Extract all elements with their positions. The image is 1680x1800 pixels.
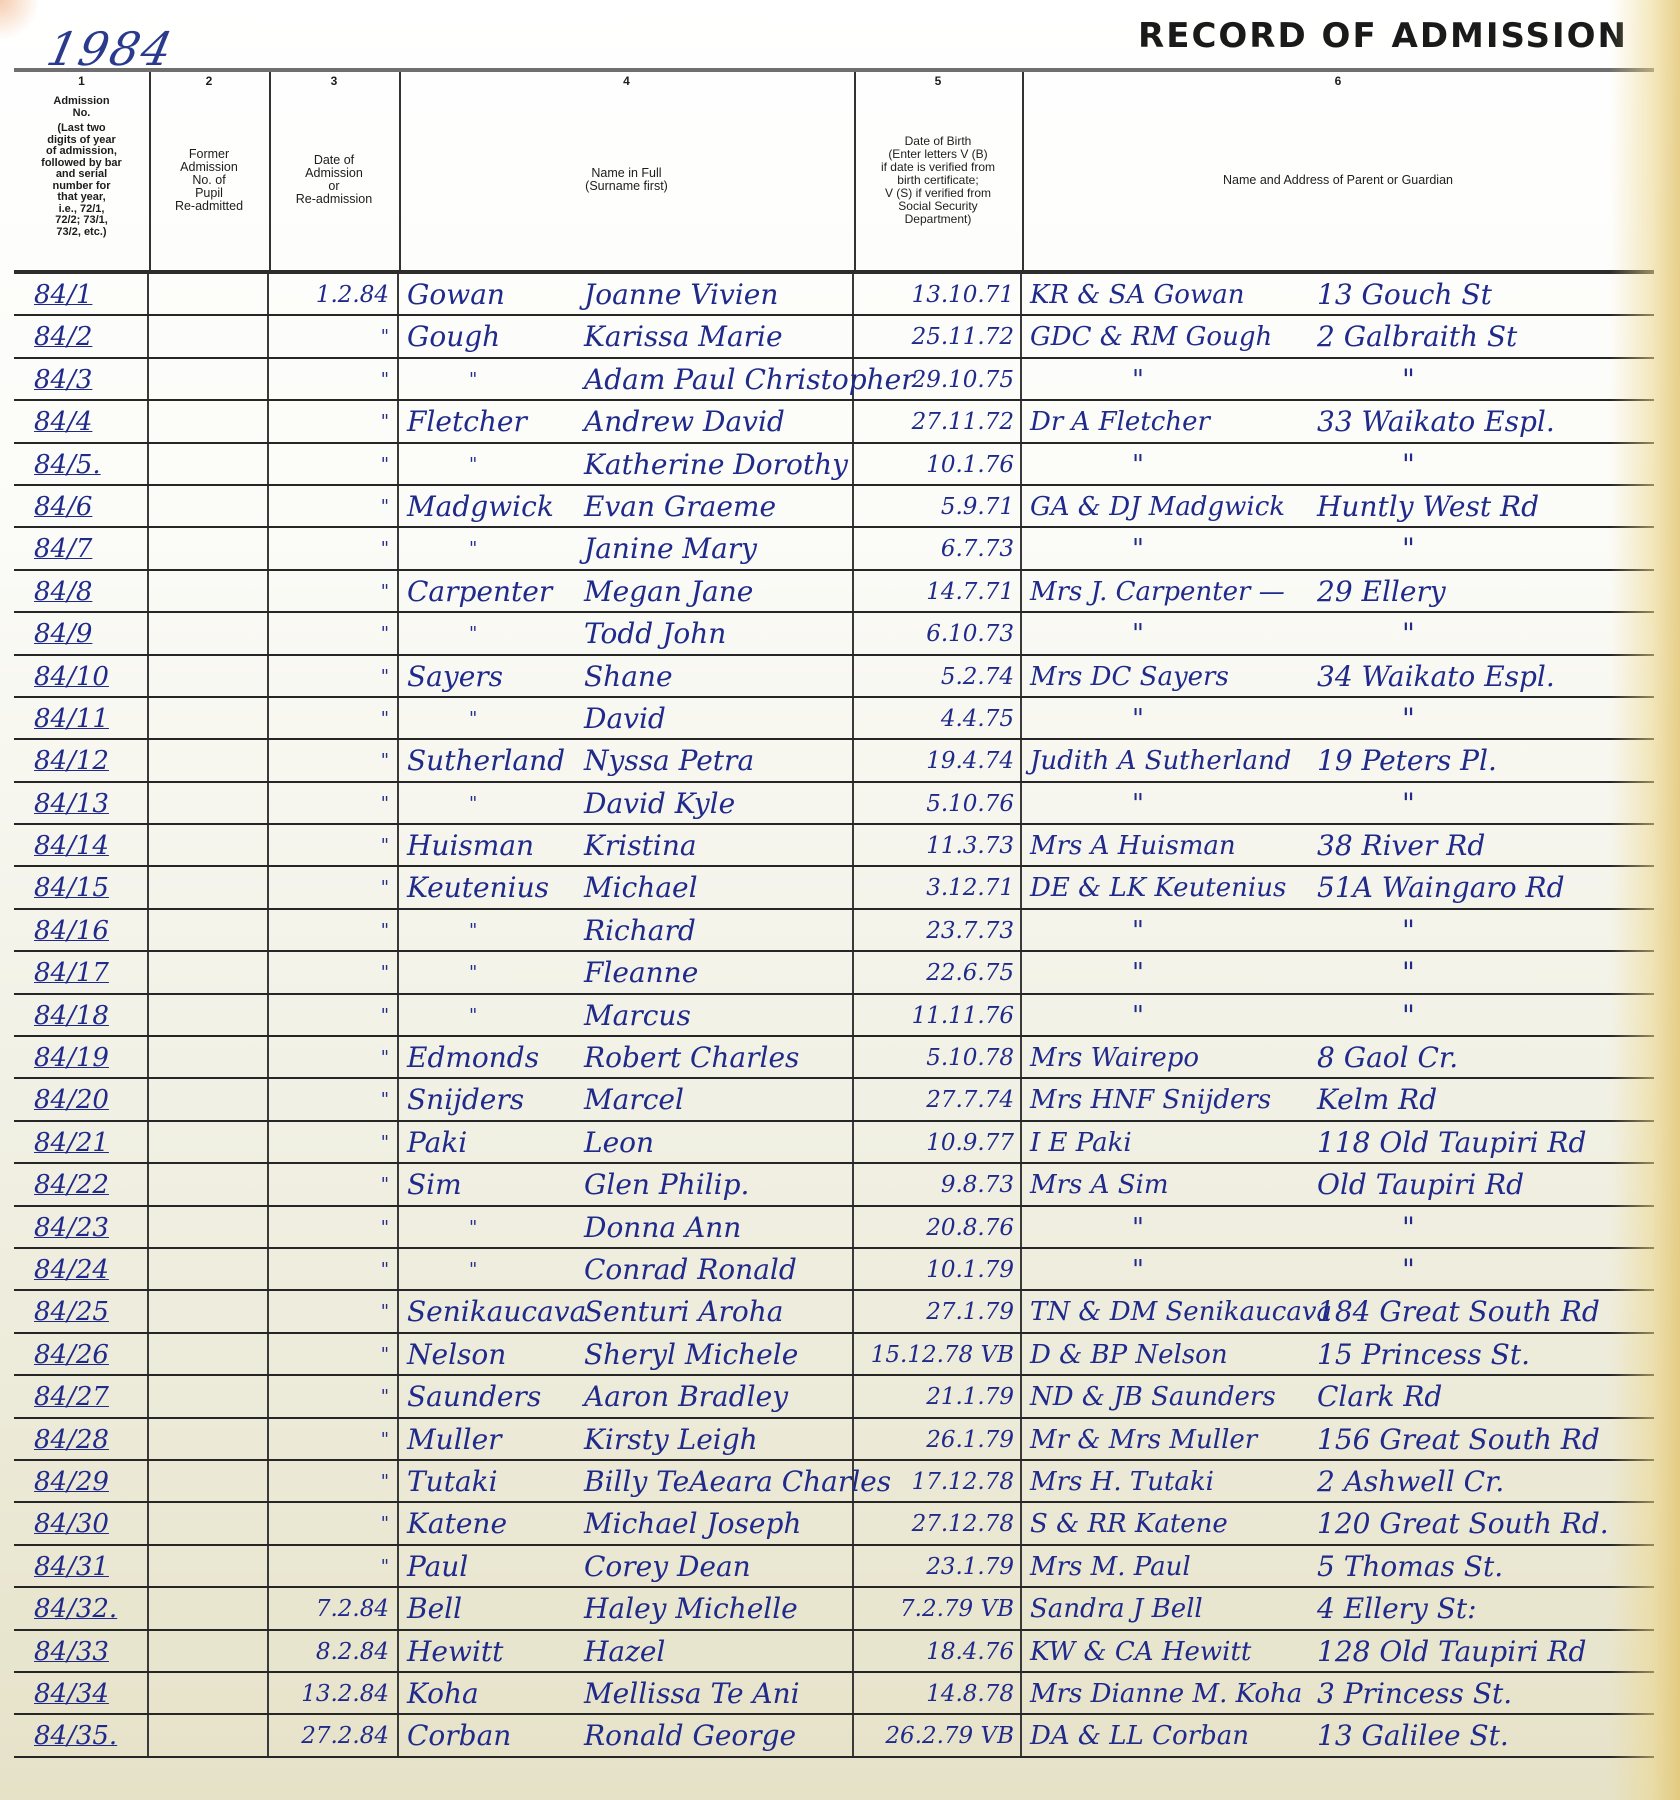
table-row: 84/7 " " Janine Mary 6.7.73 " " — [14, 528, 1654, 570]
date-of-admission: " — [269, 1291, 399, 1331]
header-date-of-admission: 3 Date of Admission or Re-admission — [269, 72, 401, 272]
admission-number: 84/1 — [14, 274, 149, 314]
parent-address: 29 Ellery — [1317, 571, 1446, 613]
surname: Paul — [407, 1546, 468, 1588]
header-date-of-birth: 5 Date of Birth (Enter letters V (B) if … — [854, 72, 1024, 272]
given-names: Fleanne — [584, 952, 698, 994]
admission-number: 84/21 — [14, 1122, 149, 1162]
parent-guardian: " " — [1022, 528, 1654, 568]
surname: Saunders — [407, 1376, 541, 1418]
surname: " — [469, 783, 477, 825]
date-of-admission: " — [269, 825, 399, 865]
parent-address: " — [1402, 1249, 1415, 1291]
admission-number: 84/7 — [14, 528, 149, 568]
given-names: Ronald George — [584, 1715, 796, 1757]
admission-number: 84/16 — [14, 910, 149, 950]
name-in-full: Tutaki Billy TeAeara Charles — [399, 1461, 854, 1501]
former-admission-number — [149, 401, 269, 441]
parent-name: TN & DM Senikaucava — [1030, 1291, 1332, 1333]
date-of-admission: " — [269, 952, 399, 992]
parent-name: " — [1132, 995, 1144, 1037]
former-admission-number — [149, 613, 269, 653]
parent-address: 34 Waikato Espl. — [1317, 656, 1555, 698]
parent-name: Sandra J Bell — [1030, 1588, 1203, 1630]
admission-number: 84/27 — [14, 1376, 149, 1416]
given-names: Michael Joseph — [584, 1503, 801, 1545]
name-in-full: Katene Michael Joseph — [399, 1503, 854, 1543]
parent-name: D & BP Nelson — [1030, 1334, 1228, 1376]
surname: " — [469, 528, 477, 570]
surname: Gough — [407, 316, 500, 358]
parent-address: " — [1402, 359, 1415, 401]
table-row: 84/19 " Edmonds Robert Charles 5.10.78 M… — [14, 1037, 1654, 1079]
parent-name: " — [1132, 952, 1144, 994]
given-names: Conrad Ronald — [584, 1249, 797, 1291]
parent-guardian: Judith A Sutherland 19 Peters Pl. — [1022, 740, 1654, 780]
date-of-admission: " — [269, 1122, 399, 1162]
parent-name: " — [1132, 359, 1144, 401]
table-row: 84/4 " Fletcher Andrew David 27.11.72 Dr… — [14, 401, 1654, 443]
date-of-birth: 22.6.75 — [854, 952, 1022, 992]
parent-guardian: " " — [1022, 1207, 1654, 1247]
former-admission-number — [149, 274, 269, 314]
column-label: Date of Admission or Re-admission — [296, 154, 372, 206]
column-number: 6 — [1335, 74, 1342, 88]
table-row: 84/28 " Muller Kirsty Leigh 26.1.79 Mr &… — [14, 1419, 1654, 1461]
name-in-full: " David Kyle — [399, 783, 854, 823]
parent-guardian: D & BP Nelson 15 Princess St. — [1022, 1334, 1654, 1374]
date-of-admission: 27.2.84 — [269, 1715, 399, 1755]
admission-number: 84/32. — [14, 1588, 149, 1628]
date-of-admission: " — [269, 740, 399, 780]
table-row: 84/23 " " Donna Ann 20.8.76 " " — [14, 1207, 1654, 1249]
date-of-admission: " — [269, 444, 399, 484]
date-of-admission: " — [269, 1376, 399, 1416]
table-row: 84/27 " Saunders Aaron Bradley 21.1.79 N… — [14, 1376, 1654, 1418]
date-of-admission: " — [269, 1419, 399, 1459]
date-of-birth: 7.2.79 VB — [854, 1588, 1022, 1628]
date-of-admission: " — [269, 401, 399, 441]
table-row: 84/35. 27.2.84 Corban Ronald George 26.2… — [14, 1715, 1654, 1757]
parent-address: 51A Waingaro Rd — [1317, 867, 1565, 909]
date-of-birth: 10.9.77 — [854, 1122, 1022, 1162]
column-number: 5 — [935, 74, 942, 88]
given-names: Corey Dean — [584, 1546, 751, 1588]
surname: Edmonds — [407, 1037, 539, 1079]
given-names: Sheryl Michele — [584, 1334, 798, 1376]
parent-name: GDC & RM Gough — [1030, 316, 1272, 358]
former-admission-number — [149, 359, 269, 399]
table-row: 84/3 " " Adam Paul Christopher 29.10.75 … — [14, 359, 1654, 401]
column-label: Name and Address of Parent or Guardian — [1223, 174, 1453, 187]
date-of-birth: 14.8.78 — [854, 1673, 1022, 1713]
admission-number: 84/9 — [14, 613, 149, 653]
surname: " — [469, 910, 477, 952]
name-in-full: Sutherland Nyssa Petra — [399, 740, 854, 780]
date-of-birth: 4.4.75 — [854, 698, 1022, 738]
given-names: Richard — [584, 910, 696, 952]
parent-name: Mrs A Huisman — [1030, 825, 1236, 867]
parent-guardian: I E Paki 118 Old Taupiri Rd — [1022, 1122, 1654, 1162]
name-in-full: " Richard — [399, 910, 854, 950]
given-names: Aaron Bradley — [584, 1376, 788, 1418]
parent-guardian: ND & JB Saunders Clark Rd — [1022, 1376, 1654, 1416]
table-row: 84/34 13.2.84 Koha Mellissa Te Ani 14.8.… — [14, 1673, 1654, 1715]
surname: Sim — [407, 1164, 462, 1206]
date-of-admission: " — [269, 698, 399, 738]
date-of-admission: 13.2.84 — [269, 1673, 399, 1713]
parent-address: 15 Princess St. — [1317, 1334, 1530, 1376]
name-in-full: Hewitt Hazel — [399, 1631, 854, 1671]
page-title: RECORD OF ADMISSION — [1138, 16, 1628, 56]
date-of-birth: 15.12.78 VB — [854, 1334, 1022, 1374]
table-row: 84/29 " Tutaki Billy TeAeara Charles 17.… — [14, 1461, 1654, 1503]
admission-number: 84/18 — [14, 995, 149, 1035]
admission-number: 84/2 — [14, 316, 149, 356]
column-label: Admission No. — [53, 96, 109, 119]
surname: Hewitt — [407, 1631, 503, 1673]
name-in-full: Gowan Joanne Vivien — [399, 274, 854, 314]
parent-guardian: Mrs DC Sayers 34 Waikato Espl. — [1022, 656, 1654, 696]
table-row: 84/2 " Gough Karissa Marie 25.11.72 GDC … — [14, 316, 1654, 358]
parent-name: Mrs H. Tutaki — [1030, 1461, 1214, 1503]
date-of-admission: " — [269, 316, 399, 356]
parent-guardian: TN & DM Senikaucava 184 Great South Rd — [1022, 1291, 1654, 1331]
date-of-birth: 19.4.74 — [854, 740, 1022, 780]
date-of-birth: 18.4.76 — [854, 1631, 1022, 1671]
table-row: 84/9 " " Todd John 6.10.73 " " — [14, 613, 1654, 655]
former-admission-number — [149, 1334, 269, 1374]
surname: " — [469, 698, 477, 740]
column-number: 1 — [78, 74, 85, 88]
parent-guardian: " " — [1022, 698, 1654, 738]
date-of-birth: 23.7.73 — [854, 910, 1022, 950]
table-row: 84/31 " Paul Corey Dean 23.1.79 Mrs M. P… — [14, 1546, 1654, 1588]
table-row: 84/11 " " David 4.4.75 " " — [14, 698, 1654, 740]
column-label: Former Admission No. of Pupil Re-admitte… — [175, 148, 243, 213]
parent-guardian: Mrs Wairepo 8 Gaol Cr. — [1022, 1037, 1654, 1077]
parent-guardian: Mrs J. Carpenter — 29 Ellery — [1022, 571, 1654, 611]
former-admission-number — [149, 656, 269, 696]
former-admission-number — [149, 486, 269, 526]
date-of-admission: 8.2.84 — [269, 1631, 399, 1671]
former-admission-number — [149, 1079, 269, 1119]
given-names: Mellissa Te Ani — [584, 1673, 800, 1715]
header-former-admission: 2 Former Admission No. of Pupil Re-admit… — [149, 72, 271, 272]
name-in-full: Corban Ronald George — [399, 1715, 854, 1755]
parent-name: Judith A Sutherland — [1030, 740, 1291, 782]
date-of-birth: 10.1.79 — [854, 1249, 1022, 1289]
former-admission-number — [149, 1249, 269, 1289]
date-of-admission: " — [269, 783, 399, 823]
date-of-birth: 5.2.74 — [854, 656, 1022, 696]
table-row: 84/8 " Carpenter Megan Jane 14.7.71 Mrs … — [14, 571, 1654, 613]
column-number: 2 — [206, 74, 213, 88]
table-row: 84/14 " Huisman Kristina 11.3.73 Mrs A H… — [14, 825, 1654, 867]
table-row: 84/25 " Senikaucava Senturi Aroha 27.1.7… — [14, 1291, 1654, 1333]
former-admission-number — [149, 1461, 269, 1501]
surname: Katene — [407, 1503, 507, 1545]
table-row: 84/6 " Madgwick Evan Graeme 5.9.71 GA & … — [14, 486, 1654, 528]
surname: Corban — [407, 1715, 511, 1757]
parent-address: 33 Waikato Espl. — [1317, 401, 1555, 443]
table-row: 84/32. 7.2.84 Bell Haley Michelle 7.2.79… — [14, 1588, 1654, 1630]
parent-guardian: GDC & RM Gough 2 Galbraith St — [1022, 316, 1654, 356]
given-names: Janine Mary — [584, 528, 757, 570]
date-of-admission: " — [269, 613, 399, 653]
parent-name: " — [1132, 1207, 1144, 1249]
parent-address: Old Taupiri Rd — [1317, 1164, 1524, 1206]
admission-number: 84/3 — [14, 359, 149, 399]
name-in-full: " David — [399, 698, 854, 738]
parent-name: " — [1132, 528, 1144, 570]
surname: Huisman — [407, 825, 534, 867]
surname: " — [469, 1249, 477, 1291]
given-names: Donna Ann — [584, 1207, 741, 1249]
name-in-full: Muller Kirsty Leigh — [399, 1419, 854, 1459]
date-of-birth: 10.1.76 — [854, 444, 1022, 484]
former-admission-number — [149, 740, 269, 780]
surname: " — [469, 359, 477, 401]
admission-number: 84/29 — [14, 1461, 149, 1501]
surname: " — [469, 995, 477, 1037]
parent-address: " — [1402, 910, 1415, 952]
parent-guardian: " " — [1022, 783, 1654, 823]
date-of-admission: " — [269, 359, 399, 399]
date-of-admission: " — [269, 1461, 399, 1501]
date-of-birth: 6.10.73 — [854, 613, 1022, 653]
parent-address: 184 Great South Rd — [1317, 1291, 1600, 1333]
date-of-birth: 20.8.76 — [854, 1207, 1022, 1247]
parent-guardian: KW & CA Hewitt 128 Old Taupiri Rd — [1022, 1631, 1654, 1671]
header-parent-guardian: 6 Name and Address of Parent or Guardian — [1022, 72, 1654, 272]
surname: Madgwick — [407, 486, 554, 528]
former-admission-number — [149, 783, 269, 823]
admission-number: 84/17 — [14, 952, 149, 992]
given-names: Leon — [584, 1122, 654, 1164]
parent-name: Mrs J. Carpenter — — [1030, 571, 1285, 613]
table-row: 84/16 " " Richard 23.7.73 " " — [14, 910, 1654, 952]
date-of-birth: 27.7.74 — [854, 1079, 1022, 1119]
former-admission-number — [149, 1376, 269, 1416]
given-names: David Kyle — [584, 783, 735, 825]
former-admission-number — [149, 825, 269, 865]
former-admission-number — [149, 1164, 269, 1204]
parent-name: Mrs M. Paul — [1030, 1546, 1191, 1588]
table-row: 84/17 " " Fleanne 22.6.75 " " — [14, 952, 1654, 994]
former-admission-number — [149, 1631, 269, 1671]
former-admission-number — [149, 571, 269, 611]
surname: Fletcher — [407, 401, 527, 443]
page-corner-stain — [0, 0, 40, 40]
given-names: Glen Philip. — [584, 1164, 749, 1206]
admission-number: 84/22 — [14, 1164, 149, 1204]
admission-number: 84/11 — [14, 698, 149, 738]
parent-name: DA & LL Corban — [1030, 1715, 1249, 1757]
table-row: 84/15 " Keutenius Michael 3.12.71 DE & L… — [14, 867, 1654, 909]
surname: " — [469, 444, 477, 486]
parent-address: 118 Old Taupiri Rd — [1317, 1122, 1586, 1164]
admission-number: 84/13 — [14, 783, 149, 823]
given-names: Kristina — [584, 825, 697, 867]
name-in-full: Senikaucava Senturi Aroha — [399, 1291, 854, 1331]
column-note: (Last two digits of year of admission, f… — [41, 123, 122, 238]
header-admission-no: 1 Admission No. (Last two digits of year… — [14, 72, 151, 272]
admission-number: 84/20 — [14, 1079, 149, 1119]
name-in-full: " Marcus — [399, 995, 854, 1035]
given-names: Marcus — [584, 995, 691, 1037]
date-of-birth: 5.10.76 — [854, 783, 1022, 823]
given-names: Hazel — [584, 1631, 665, 1673]
parent-address: Huntly West Rd — [1317, 486, 1539, 528]
admission-number: 84/4 — [14, 401, 149, 441]
name-in-full: Sim Glen Philip. — [399, 1164, 854, 1204]
parent-name: S & RR Katene — [1030, 1503, 1228, 1545]
table-header: 1 Admission No. (Last two digits of year… — [14, 72, 1654, 272]
table-row: 84/10 " Sayers Shane 5.2.74 Mrs DC Sayer… — [14, 656, 1654, 698]
parent-guardian: Mrs HNF Snijders Kelm Rd — [1022, 1079, 1654, 1119]
parent-guardian: " " — [1022, 359, 1654, 399]
former-admission-number — [149, 995, 269, 1035]
column-label: Name in Full (Surname first) — [585, 167, 668, 193]
admission-number: 84/19 — [14, 1037, 149, 1077]
parent-address: Kelm Rd — [1317, 1079, 1437, 1121]
parent-guardian: S & RR Katene 120 Great South Rd. — [1022, 1503, 1654, 1543]
parent-address: 8 Gaol Cr. — [1317, 1037, 1458, 1079]
given-names: Karissa Marie — [584, 316, 783, 358]
date-of-admission: 1.2.84 — [269, 274, 399, 314]
admission-number: 84/31 — [14, 1546, 149, 1586]
name-in-full: Nelson Sheryl Michele — [399, 1334, 854, 1374]
surname: Carpenter — [407, 571, 552, 613]
surname: Paki — [407, 1122, 467, 1164]
date-of-admission: " — [269, 867, 399, 907]
date-of-birth: 5.10.78 — [854, 1037, 1022, 1077]
date-of-admission: 7.2.84 — [269, 1588, 399, 1628]
admission-number: 84/26 — [14, 1334, 149, 1374]
parent-guardian: KR & SA Gowan 13 Gouch St — [1022, 274, 1654, 314]
parent-address: 156 Great South Rd — [1317, 1419, 1600, 1461]
parent-name: Dr A Fletcher — [1030, 401, 1210, 443]
parent-guardian: " " — [1022, 995, 1654, 1035]
parent-guardian: Mrs Dianne M. Koha 3 Princess St. — [1022, 1673, 1654, 1713]
date-of-admission: " — [269, 656, 399, 696]
date-of-admission: " — [269, 910, 399, 950]
table-row: 84/18 " " Marcus 11.11.76 " " — [14, 995, 1654, 1037]
parent-name: Mr & Mrs Muller — [1030, 1419, 1257, 1461]
former-admission-number — [149, 1207, 269, 1247]
parent-address: Clark Rd — [1317, 1376, 1442, 1418]
parent-guardian: Mrs A Sim Old Taupiri Rd — [1022, 1164, 1654, 1204]
date-of-birth: 14.7.71 — [854, 571, 1022, 611]
name-in-full: " Donna Ann — [399, 1207, 854, 1247]
date-of-birth: 11.11.76 — [854, 995, 1022, 1035]
date-of-birth: 27.12.78 — [854, 1503, 1022, 1543]
former-admission-number — [149, 1588, 269, 1628]
column-label: Date of Birth (Enter letters V (B) if da… — [881, 135, 995, 226]
name-in-full: Edmonds Robert Charles — [399, 1037, 854, 1077]
parent-address: 13 Galilee St. — [1317, 1715, 1509, 1757]
surname: Muller — [407, 1419, 502, 1461]
date-of-admission: " — [269, 995, 399, 1035]
given-names: David — [584, 698, 666, 740]
date-of-admission: " — [269, 1207, 399, 1247]
date-of-birth: 21.1.79 — [854, 1376, 1022, 1416]
table-row: 84/5. " " Katherine Dorothy 10.1.76 " " — [14, 444, 1654, 486]
date-of-admission: " — [269, 1037, 399, 1077]
parent-guardian: Mrs A Huisman 38 River Rd — [1022, 825, 1654, 865]
parent-address: 128 Old Taupiri Rd — [1317, 1631, 1586, 1673]
given-names: Haley Michelle — [584, 1588, 798, 1630]
table-row: 84/22 " Sim Glen Philip. 9.8.73 Mrs A Si… — [14, 1164, 1654, 1206]
admission-number: 84/12 — [14, 740, 149, 780]
parent-name: " — [1132, 783, 1144, 825]
parent-guardian: " " — [1022, 613, 1654, 653]
name-in-full: Paul Corey Dean — [399, 1546, 854, 1586]
table-row: 84/20 " Snijders Marcel 27.7.74 Mrs HNF … — [14, 1079, 1654, 1121]
former-admission-number — [149, 952, 269, 992]
former-admission-number — [149, 1715, 269, 1755]
date-of-admission: " — [269, 1503, 399, 1543]
former-admission-number — [149, 444, 269, 484]
parent-guardian: DE & LK Keutenius 51A Waingaro Rd — [1022, 867, 1654, 907]
parent-name: I E Paki — [1030, 1122, 1132, 1164]
given-names: Robert Charles — [584, 1037, 799, 1079]
surname: Keutenius — [407, 867, 549, 909]
date-of-birth: 6.7.73 — [854, 528, 1022, 568]
former-admission-number — [149, 698, 269, 738]
date-of-admission: " — [269, 1164, 399, 1204]
parent-address: " — [1402, 698, 1415, 740]
parent-guardian: " " — [1022, 1249, 1654, 1289]
name-in-full: Fletcher Andrew David — [399, 401, 854, 441]
date-of-birth: 9.8.73 — [854, 1164, 1022, 1204]
parent-address: 3 Princess St. — [1317, 1673, 1512, 1715]
table-row: 84/30 " Katene Michael Joseph 27.12.78 S… — [14, 1503, 1654, 1545]
parent-address: " — [1402, 613, 1415, 655]
header-name-in-full: 4 Name in Full (Surname first) — [399, 72, 856, 272]
table-row: 84/12 " Sutherland Nyssa Petra 19.4.74 J… — [14, 740, 1654, 782]
former-admission-number — [149, 910, 269, 950]
date-of-birth: 25.11.72 — [854, 316, 1022, 356]
admission-number: 84/34 — [14, 1673, 149, 1713]
given-names: Andrew David — [584, 401, 785, 443]
parent-guardian: Mrs H. Tutaki 2 Ashwell Cr. — [1022, 1461, 1654, 1501]
name-in-full: Sayers Shane — [399, 656, 854, 696]
name-in-full: Carpenter Megan Jane — [399, 571, 854, 611]
surname: Sayers — [407, 656, 503, 698]
date-of-birth: 11.3.73 — [854, 825, 1022, 865]
name-in-full: Koha Mellissa Te Ani — [399, 1673, 854, 1713]
name-in-full: " Adam Paul Christopher — [399, 359, 854, 399]
date-of-admission: " — [269, 1079, 399, 1119]
admission-number: 84/14 — [14, 825, 149, 865]
name-in-full: Keutenius Michael — [399, 867, 854, 907]
surname: Sutherland — [407, 740, 565, 782]
name-in-full: Huisman Kristina — [399, 825, 854, 865]
admission-number: 84/33 — [14, 1631, 149, 1671]
parent-address: " — [1402, 1207, 1415, 1249]
date-of-birth: 27.1.79 — [854, 1291, 1022, 1331]
parent-name: Mrs HNF Snijders — [1030, 1079, 1271, 1121]
date-of-admission: " — [269, 1334, 399, 1374]
parent-address: 19 Peters Pl. — [1317, 740, 1497, 782]
name-in-full: Saunders Aaron Bradley — [399, 1376, 854, 1416]
table-row: 84/26 " Nelson Sheryl Michele 15.12.78 V… — [14, 1334, 1654, 1376]
given-names: Billy TeAeara Charles — [584, 1461, 891, 1503]
date-of-birth: 17.12.78 — [854, 1461, 1022, 1501]
parent-guardian: DA & LL Corban 13 Galilee St. — [1022, 1715, 1654, 1755]
